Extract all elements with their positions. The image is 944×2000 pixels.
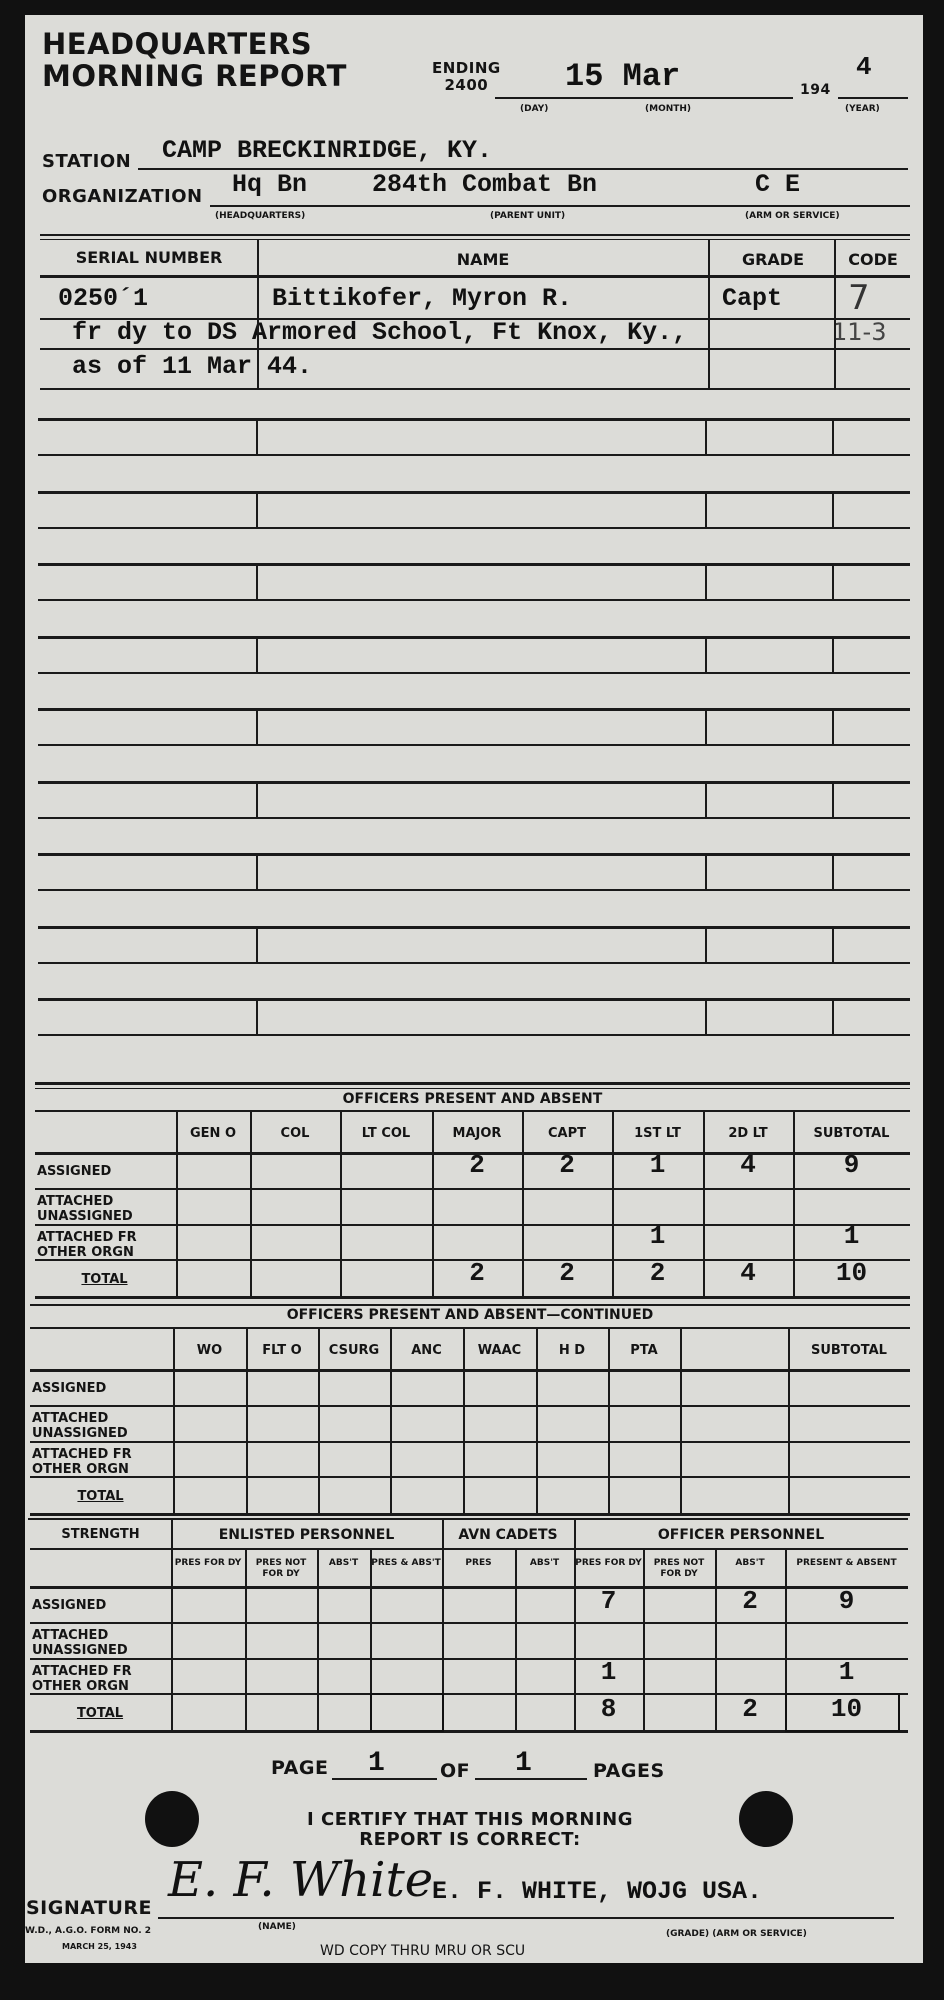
strength-col-header: PRES NOT FOR DY: [643, 1558, 715, 1580]
certification-text: I CERTIFY THAT THIS MORNING REPORT IS CO…: [280, 1810, 660, 1850]
strength-row-rule: [30, 1622, 908, 1624]
strength-col-divider: [245, 1548, 247, 1730]
pages-label: PAGES: [593, 1760, 665, 1782]
grade-caption: (GRADE) (ARM OR SERVICE): [666, 1929, 807, 1939]
grid-row-label: ATTACHED FR OTHER ORGN: [32, 1447, 169, 1477]
blank-col-divider: [256, 491, 258, 529]
grid-row-rule: [30, 1405, 910, 1407]
grid-col-header: MAJOR: [432, 1126, 522, 1141]
officers-title-rule: [35, 1110, 910, 1112]
copy-note: WD COPY THRU MRU OR SCU: [320, 1943, 525, 1959]
ending-text: ENDING: [432, 60, 501, 77]
blank-col-divider: [705, 853, 707, 891]
blank-col-divider: [256, 853, 258, 891]
organization-parent-unit-value: 284th Combat Bn: [372, 170, 597, 199]
ending-label: ENDING 2400: [432, 60, 501, 94]
hq-caption: (HEADQUARTERS): [215, 211, 305, 221]
grid-row-label: ASSIGNED: [32, 1381, 169, 1396]
strength-top-rule: [28, 1518, 908, 1520]
col-header-code: CODE: [836, 250, 910, 269]
strength-cell-value: 1: [785, 1657, 908, 1687]
grid-cell-value: 2: [522, 1258, 612, 1288]
blank-col-divider: [256, 708, 258, 746]
col-header-grade: GRADE: [710, 250, 836, 269]
blank-rule-thick: [38, 708, 910, 711]
blank-col-divider: [705, 781, 707, 819]
blank-col-divider: [832, 418, 834, 456]
year-underline: [838, 97, 908, 99]
form-title: HEADQUARTERS MORNING REPORT: [42, 28, 347, 92]
grid-cell-value: 2: [612, 1258, 703, 1288]
blank-rule-thick: [38, 563, 910, 566]
strength-group-header: OFFICER PERSONNEL: [574, 1527, 908, 1543]
grid-cell-value: 2: [432, 1258, 522, 1288]
page-label: PAGE: [271, 1757, 328, 1779]
organization-underline: [210, 205, 910, 207]
name-caption: (NAME): [258, 1922, 296, 1932]
grid-col-divider: [176, 1112, 178, 1296]
organization-label: ORGANIZATION: [42, 186, 203, 207]
strength-row-rule: [30, 1730, 908, 1733]
entry-name: Bittikofer, Myron R.: [272, 284, 572, 313]
blank-col-divider: [705, 998, 707, 1036]
blank-rule-thick: [38, 853, 910, 856]
grid-col-header: CSURG: [318, 1343, 390, 1358]
strength-col-header: PRES FOR DY: [171, 1558, 245, 1569]
year-value: 4: [856, 52, 872, 82]
strength-col-divider: [643, 1548, 645, 1730]
col-header-name: NAME: [258, 250, 708, 269]
blank-col-divider: [832, 781, 834, 819]
grid-cell-value: 4: [703, 1258, 793, 1288]
grid-col-header: GEN O: [176, 1126, 250, 1141]
strength-group-header: ENLISTED PERSONNEL: [171, 1527, 442, 1543]
blank-col-divider: [256, 998, 258, 1036]
grid-col-header: FLT O: [246, 1343, 318, 1358]
strength-cell-value: 9: [785, 1586, 908, 1616]
strength-cell-value: 2: [715, 1586, 785, 1616]
grid-col-header: 1ST LT: [612, 1126, 703, 1141]
form-date: MARCH 25, 1943: [62, 1942, 137, 1951]
officers-top-rule-2: [35, 1088, 910, 1089]
grid-col-header: COL: [250, 1126, 340, 1141]
page-total: 1: [515, 1748, 532, 1779]
handwritten-signature: E. F. White: [168, 1852, 433, 1908]
page-number: 1: [368, 1748, 385, 1779]
grid-col-divider: [788, 1329, 790, 1513]
grid-col-divider: [173, 1329, 175, 1513]
blank-rule-thin: [38, 817, 910, 819]
ending-time: 2400: [432, 77, 501, 94]
col-header-serial: SERIAL NUMBER: [40, 248, 258, 267]
blank-rule-thin: [38, 527, 910, 529]
certify-line-1: I CERTIFY THAT THIS MORNING: [280, 1810, 660, 1830]
grid-col-divider: [340, 1112, 342, 1296]
grid-cell-value: 10: [793, 1258, 910, 1288]
blank-rule-thin: [38, 962, 910, 964]
blank-rule-thin: [38, 744, 910, 746]
strength-col-header: PRES FOR DY: [574, 1558, 643, 1569]
grid-col-header: 2D LT: [703, 1126, 793, 1141]
strength-col-divider: [574, 1520, 576, 1730]
date-underline: [495, 97, 793, 99]
blank-col-divider: [832, 926, 834, 964]
entry-remark-line1: fr dy to DS Armored School, Ft Knox, Ky.…: [72, 318, 687, 347]
strength-col-divider: [317, 1548, 319, 1730]
blank-col-divider: [256, 781, 258, 819]
grid-row-label: TOTAL: [32, 1489, 169, 1504]
blank-col-divider: [705, 491, 707, 529]
blank-col-divider: [705, 926, 707, 964]
year-prefix: 194: [800, 82, 831, 98]
grid-col-divider: [250, 1112, 252, 1296]
grid-col-header: H D: [536, 1343, 608, 1358]
grid-col-divider: [522, 1112, 524, 1296]
grid-cell-value: 1: [793, 1221, 910, 1251]
blank-col-divider: [705, 636, 707, 674]
strength-row-rule: [30, 1658, 908, 1660]
blank-rule-thick: [38, 781, 910, 784]
blank-rule-thin: [38, 599, 910, 601]
col-divider-2: [708, 240, 710, 390]
grid-row-label: TOTAL: [37, 1272, 172, 1287]
grid-row-rule: [30, 1476, 910, 1478]
blank-rule-thick: [38, 418, 910, 421]
strength-row-label: ATTACHED UNASSIGNED: [32, 1628, 168, 1658]
strength-col-header: PRESENT & ABSENT: [785, 1558, 908, 1569]
strength-col-header: ABS'T: [515, 1558, 574, 1569]
grid-col-header: SUBTOTAL: [793, 1126, 910, 1141]
signature-underline: [158, 1917, 894, 1919]
station-label: STATION: [42, 151, 131, 172]
grid-col-divider: [612, 1112, 614, 1296]
grid-col-header: CAPT: [522, 1126, 612, 1141]
form-number: W.D., A.G.O. FORM NO. 2: [25, 1926, 151, 1936]
blank-col-divider: [256, 636, 258, 674]
grid-col-divider: [246, 1329, 248, 1513]
grid-col-divider: [536, 1329, 538, 1513]
date-value: 15 Mar: [565, 58, 680, 95]
grid-col-divider: [390, 1329, 392, 1513]
blank-col-divider: [705, 563, 707, 601]
strength-cell-value: 8: [574, 1694, 643, 1724]
organization-hq-value: Hq Bn: [232, 170, 307, 199]
strength-col-divider: [715, 1548, 717, 1730]
blank-col-divider: [256, 418, 258, 456]
grid-row-rule: [35, 1296, 910, 1299]
arm-caption: (ARM OR SERVICE): [745, 211, 840, 221]
grid-row-label: ATTACHED UNASSIGNED: [32, 1411, 169, 1441]
grid-row-rule: [35, 1188, 910, 1190]
blank-col-divider: [256, 926, 258, 964]
strength-row-label: TOTAL: [32, 1706, 168, 1721]
officers-cont-title-rule: [30, 1327, 910, 1329]
station-value: CAMP BRECKINRIDGE, KY.: [162, 136, 492, 165]
punch-hole-right-icon: [739, 1791, 793, 1847]
pencil-annotation: 11-3: [832, 318, 886, 346]
grid-header-rule: [30, 1369, 910, 1372]
strength-cell-value: 2: [715, 1694, 785, 1724]
col-divider-3: [834, 240, 836, 390]
grid-col-header: WO: [173, 1343, 246, 1358]
blank-col-divider: [832, 491, 834, 529]
enlisted-total-box: [370, 1693, 444, 1732]
blank-rule-thin: [38, 1034, 910, 1036]
officers-cont-top-rule: [30, 1304, 910, 1306]
blank-rule-thin: [38, 889, 910, 891]
blank-rule-thick: [38, 491, 910, 494]
strength-col-header: PRES & ABS'T: [370, 1558, 442, 1569]
grid-row-rule: [30, 1513, 910, 1516]
grid-col-divider: [432, 1112, 434, 1296]
strength-row-label: ASSIGNED: [32, 1598, 168, 1613]
strength-label: STRENGTH: [30, 1527, 171, 1542]
title-line-2: MORNING REPORT: [42, 60, 347, 92]
blank-rule-thin: [38, 454, 910, 456]
grid-cell-value: 1: [612, 1221, 703, 1251]
organization-arm-value: C E: [755, 170, 800, 199]
strength-col-header: PRES NOT FOR DY: [245, 1558, 317, 1580]
strength-row-label: ATTACHED FR OTHER ORGN: [32, 1664, 168, 1694]
blank-col-divider: [705, 418, 707, 456]
strength-col-divider: [515, 1548, 517, 1730]
punch-hole-left-icon: [145, 1791, 199, 1847]
officer-total-box: [785, 1693, 900, 1732]
month-caption: (MONTH): [645, 104, 691, 114]
grid-col-divider: [318, 1329, 320, 1513]
blank-col-divider: [832, 853, 834, 891]
grid-cell-value: 2: [522, 1150, 612, 1180]
blank-col-divider: [832, 636, 834, 674]
grid-cell-value: 4: [703, 1150, 793, 1180]
blank-col-divider: [832, 998, 834, 1036]
grid-cell-value: 2: [432, 1150, 522, 1180]
table-top-rule: [40, 234, 910, 236]
grid-row-label: ATTACHED FR OTHER ORGN: [37, 1230, 172, 1260]
officers-cont-title: OFFICERS PRESENT AND ABSENT—CONTINUED: [30, 1307, 910, 1323]
grid-col-header: WAAC: [463, 1343, 536, 1358]
day-caption: (DAY): [520, 104, 548, 114]
grid-col-divider: [608, 1329, 610, 1513]
strength-col-header: ABS'T: [317, 1558, 370, 1569]
strength-col-header: PRES: [442, 1558, 515, 1569]
grid-row-rule: [35, 1224, 910, 1226]
remark-rule-2: [40, 388, 910, 390]
strength-group-rule: [30, 1548, 908, 1550]
of-label: OF: [440, 1760, 470, 1782]
grid-row-label: ASSIGNED: [37, 1164, 172, 1179]
title-line-1: HEADQUARTERS: [42, 28, 347, 60]
remark-rule: [40, 348, 910, 350]
blank-rule-thick: [38, 998, 910, 1001]
officers-title: OFFICERS PRESENT AND ABSENT: [35, 1091, 910, 1107]
entry-remark-line2: as of 11 Mar 44.: [72, 352, 312, 381]
grid-col-header: PTA: [608, 1343, 680, 1358]
year-caption: (YEAR): [845, 104, 880, 114]
grid-col-divider: [793, 1112, 795, 1296]
strength-col-header: ABS'T: [715, 1558, 785, 1569]
blank-rule-thin: [38, 672, 910, 674]
blank-col-divider: [832, 563, 834, 601]
table-header-rule: [40, 275, 910, 278]
parent-unit-caption: (PARENT UNIT): [490, 211, 565, 221]
grid-col-header: LT COL: [340, 1126, 432, 1141]
entry-grade: Capt: [722, 284, 782, 313]
entry-serial: 0250´1: [58, 284, 148, 313]
blank-col-divider: [832, 708, 834, 746]
grid-cell-value: 9: [793, 1150, 910, 1180]
grid-col-divider: [703, 1112, 705, 1296]
strength-group-header: AVN CADETS: [442, 1527, 574, 1543]
blank-col-divider: [256, 563, 258, 601]
signer-typed-name: E. F. WHITE, WOJG USA.: [432, 1877, 762, 1906]
officers-top-rule: [35, 1082, 910, 1085]
entry-code: 7: [848, 278, 870, 318]
grid-col-header: ANC: [390, 1343, 463, 1358]
certify-line-2: REPORT IS CORRECT:: [280, 1830, 660, 1850]
grid-col-header: SUBTOTAL: [788, 1343, 910, 1358]
grid-col-divider: [463, 1329, 465, 1513]
col-divider-1: [257, 240, 259, 390]
strength-cell-value: 1: [574, 1657, 643, 1687]
blank-col-divider: [705, 708, 707, 746]
grid-row-label: ATTACHED UNASSIGNED: [37, 1194, 172, 1224]
blank-rule-thick: [38, 636, 910, 639]
strength-cell-value: 7: [574, 1586, 643, 1616]
strength-col-divider: [171, 1520, 173, 1730]
grid-row-rule: [30, 1441, 910, 1443]
grid-col-divider: [680, 1329, 682, 1513]
grid-cell-value: 1: [612, 1150, 703, 1180]
table-top-rule-2: [40, 239, 910, 240]
blank-rule-thick: [38, 926, 910, 929]
signature-label: SIGNATURE: [26, 1897, 152, 1919]
